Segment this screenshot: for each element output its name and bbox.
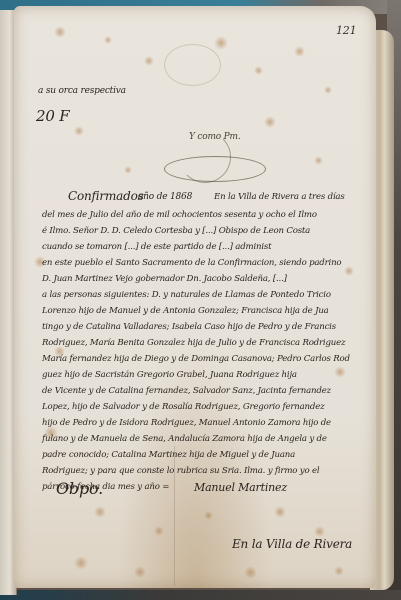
bishop-flourish: Obpo. bbox=[56, 479, 103, 498]
body-line: cuando se tomaron [...] de este partido … bbox=[42, 242, 271, 252]
page-number: 121 bbox=[336, 24, 356, 37]
margin-mark: 20 F bbox=[36, 107, 69, 125]
body-line: Lopez, hijo de Salvador y de Rosalía Rod… bbox=[42, 402, 324, 412]
entry-year: año de 1868 bbox=[138, 192, 192, 202]
closing-line: En la Villa de Rivera bbox=[232, 537, 352, 551]
body-line: tingo y de Catalina Valladares; Isabela … bbox=[42, 322, 336, 332]
margin-note: a su orca respectiva bbox=[38, 86, 126, 96]
body-line: del mes de Julio del año de mil ochocien… bbox=[42, 210, 317, 220]
body-line: Rodriguez, María Benita Gonzalez hija de… bbox=[42, 338, 345, 348]
body-line: en este pueblo el Santo Sacramento de la… bbox=[42, 258, 341, 268]
body-line: Rodriguez; y para que conste lo rubrica … bbox=[42, 466, 319, 476]
background-bottom bbox=[0, 590, 401, 600]
rubric-text: Y como Pm. bbox=[189, 132, 241, 142]
body-line: En la Villa de Rivera a tres días bbox=[214, 192, 345, 202]
body-line: padre conocido; Catalina Martinez hija d… bbox=[42, 450, 295, 460]
body-line: Lorenzo hijo de Manuel y de Antonia Gonz… bbox=[42, 306, 329, 316]
priest-signature: Manuel Martinez bbox=[194, 481, 287, 494]
manuscript-page: 121 a su orca respectiva 20 F Y como Pm.… bbox=[14, 6, 376, 588]
faded-stamp bbox=[164, 44, 221, 86]
body-line: María fernandez hija de Diego y de Domin… bbox=[42, 354, 350, 364]
body-line: de Vicente y de Catalina fernandez, Salv… bbox=[42, 386, 331, 396]
body-line: guez hijo de Sacristán Gregorio Grabel, … bbox=[42, 370, 297, 380]
entry-heading: Confirmados bbox=[68, 189, 144, 203]
body-line: a las personas siguientes: D. y naturale… bbox=[42, 290, 331, 300]
body-line: é Ilmo. Señor D. D. Celedo Cortesba y [.… bbox=[42, 226, 310, 236]
body-line: D. Juan Martinez Vejo gobernador Dn. Jac… bbox=[42, 274, 287, 284]
body-line: hijo de Pedro y de Isidora Rodriguez, Ma… bbox=[42, 418, 331, 428]
body-line: fulano y de Manuela de Sena, Andalucía Z… bbox=[42, 434, 327, 444]
